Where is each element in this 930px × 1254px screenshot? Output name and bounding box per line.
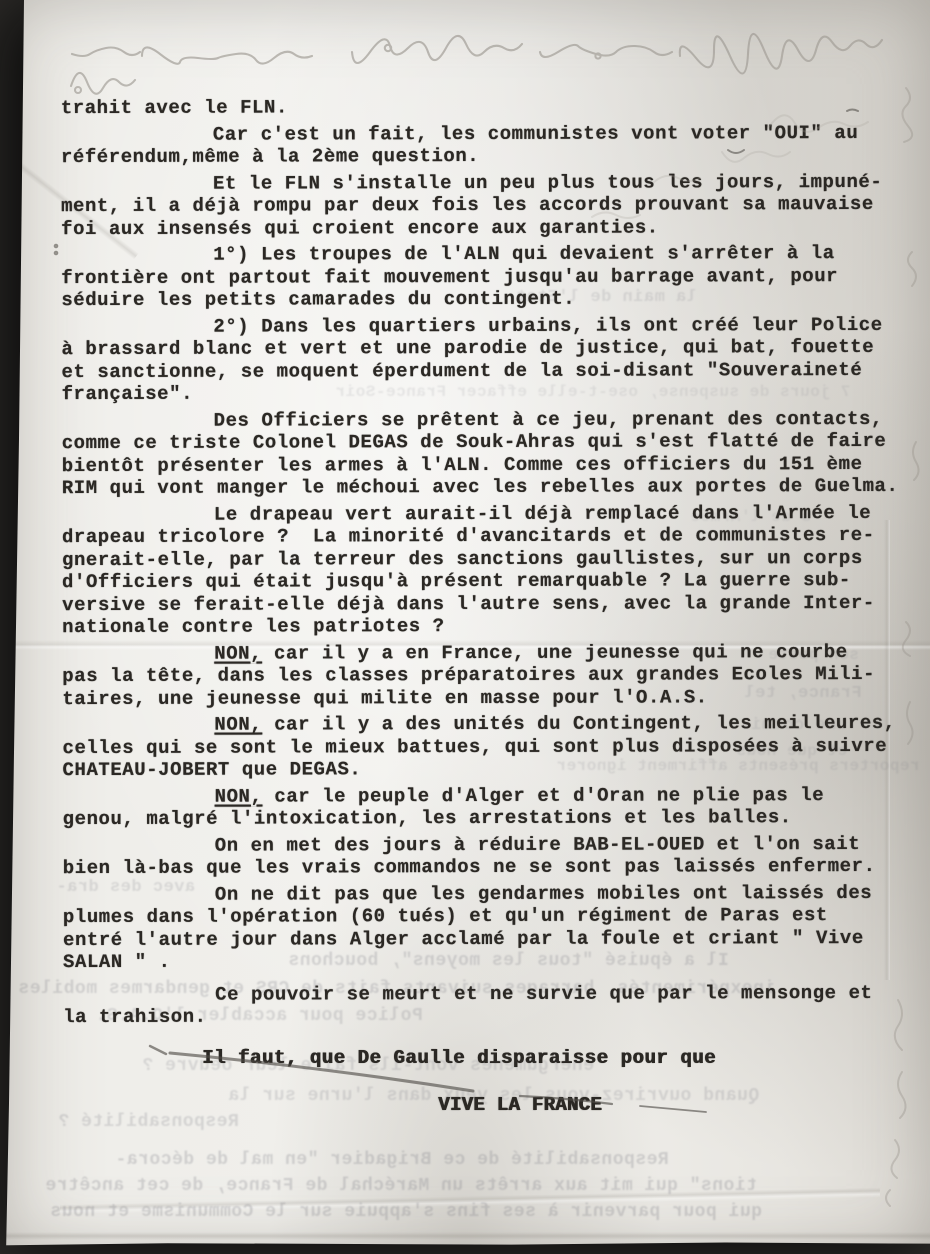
- text-flow: trahit avec le FLN.Car c'est un fait, le…: [61, 95, 887, 1033]
- paragraph: NON, car il y a en France, une jeunesse …: [62, 640, 886, 710]
- paragraph: Car c'est un fait, les communistes vont …: [61, 121, 885, 168]
- text-line: celles qui se sont le mieux battues, qui…: [62, 734, 886, 759]
- text-line: SALAN " .: [63, 949, 887, 974]
- text-line: bien là-bas que les vrais commandos ne s…: [63, 855, 887, 880]
- text-line: NON, car il y a en France, une jeunesse …: [62, 640, 886, 665]
- text-line: Car c'est un fait, les communistes vont …: [61, 121, 885, 146]
- right-margin-marks: [886, 88, 919, 1206]
- bleedthrough-text: qui pour parvenir à ses fins s'appuie su…: [50, 1202, 762, 1222]
- paragraph: 2°) Dans les quartiers urbains, ils ont …: [61, 313, 885, 405]
- text-line: référendum,même à la 2ème question.: [61, 144, 885, 169]
- text-line: Et le FLN s'installe un peu plus tous le…: [61, 170, 885, 195]
- scan-edge-left: [0, 0, 28, 1254]
- text-line: versive se ferait-elle déjà dans l'autre…: [62, 591, 886, 616]
- text-line: à brassard blanc et vert et une parodie …: [61, 336, 885, 361]
- text-line: Le drapeau vert aurait-il déjà remplacé …: [62, 501, 886, 526]
- paper-crease: [60, 1187, 880, 1214]
- paper-crease: [0, 1232, 930, 1240]
- text-line: Ce pouvoir se meurt et ne survie que par…: [63, 981, 887, 1006]
- text-line: On ne dit pas que les gendarmes mobiles …: [63, 881, 887, 906]
- text-line: pas la tête, dans les classes préparatoi…: [62, 663, 886, 688]
- text-line: entré l'autre jour dans Alger acclamé pa…: [63, 926, 887, 951]
- text-line: 1°) Les troupes de l'ALN qui devaient s'…: [61, 242, 885, 267]
- paragraph: 1°) Les troupes de l'ALN qui devaient s'…: [61, 242, 885, 312]
- text-line: frontière ont partout fait mouvement jus…: [61, 264, 885, 289]
- text-line: foi aux insensés qui croient encore aux …: [61, 215, 885, 240]
- paragraph: Et le FLN s'installe un peu plus tous le…: [61, 170, 885, 240]
- scanned-page: la main de l'Etat7 jours de suspense, os…: [0, 0, 930, 1254]
- text-line: RIM qui vont manger le méchoui avec les …: [62, 475, 886, 500]
- text-line: la trahison.: [63, 1004, 887, 1029]
- text-line: drapeau tricolore ? La minorité d'avanci…: [62, 524, 886, 549]
- text-line: Des Officiers se prêtent à ce jeu, prena…: [62, 407, 886, 432]
- paragraph: Des Officiers se prêtent à ce jeu, prena…: [62, 407, 886, 499]
- paragraph: Ce pouvoir se meurt et ne survie que par…: [63, 981, 887, 1028]
- text-line: On en met des jours à réduire BAB-EL-OUE…: [63, 832, 887, 857]
- text-line: séduire les petits camarades du continge…: [61, 287, 885, 312]
- text-line: taires, une jeunesse qui milite en masse…: [62, 685, 886, 710]
- paragraph: Le drapeau vert aurait-il déjà remplacé …: [62, 501, 886, 638]
- bleedthrough-text: Responsabilité de ce Brigadier "en mal d…: [115, 1150, 669, 1170]
- text-line: bientôt présenter les armes à l'ALN. Com…: [62, 452, 886, 477]
- text-line: d'Officiers qui était jusqu'à présent re…: [62, 569, 886, 594]
- text-line: comme ce triste Colonel DEGAS de Souk-Ah…: [62, 430, 886, 455]
- paragraph: NON, car il y a des unités du Contingent…: [62, 712, 886, 782]
- paragraph: On en met des jours à réduire BAB-EL-OUE…: [63, 832, 887, 879]
- text-line: ment, il a déjà rompu par deux fois les …: [61, 193, 885, 218]
- text-line: 2°) Dans les quartiers urbains, ils ont …: [61, 313, 885, 338]
- scan-edge-bottom: [0, 1242, 930, 1254]
- closing-line: Il faut, que De Gaulle disparaisse pour …: [202, 1047, 716, 1069]
- arabic-handwriting-top: [71, 34, 882, 94]
- text-line: trahit avec le FLN.: [61, 95, 885, 120]
- bleedthrough-text: Responsabilité ?: [58, 1112, 239, 1132]
- paragraph: trahit avec le FLN.: [61, 95, 885, 120]
- text-line: CHATEAU-JOBERT que DEGAS.: [63, 757, 887, 782]
- text-line: française".: [62, 381, 886, 406]
- bleedthrough-text: tions" qui mit aux arrêts un Maréchal de…: [45, 1176, 757, 1196]
- slogan-line: VIVE LA FRANCE: [438, 1094, 602, 1116]
- text-line: gnerait-elle, par la terreur des sanctio…: [62, 546, 886, 571]
- text-line: et sanctionne, se moquent éperdument de …: [61, 358, 885, 383]
- text-line: NON, car le peuple d'Alger et d'Oran ne …: [63, 783, 887, 808]
- paragraph: NON, car le peuple d'Alger et d'Oran ne …: [63, 783, 887, 830]
- text-line: nationale contre les patriotes ?: [62, 614, 886, 639]
- paragraph: On ne dit pas que les gendarmes mobiles …: [63, 881, 887, 973]
- text-line: NON, car il y a des unités du Contingent…: [62, 712, 886, 737]
- text-line: plumes dans l'opération (60 tués) et qu'…: [63, 904, 887, 929]
- text-line: genou, malgré l'intoxication, les arrest…: [63, 806, 887, 831]
